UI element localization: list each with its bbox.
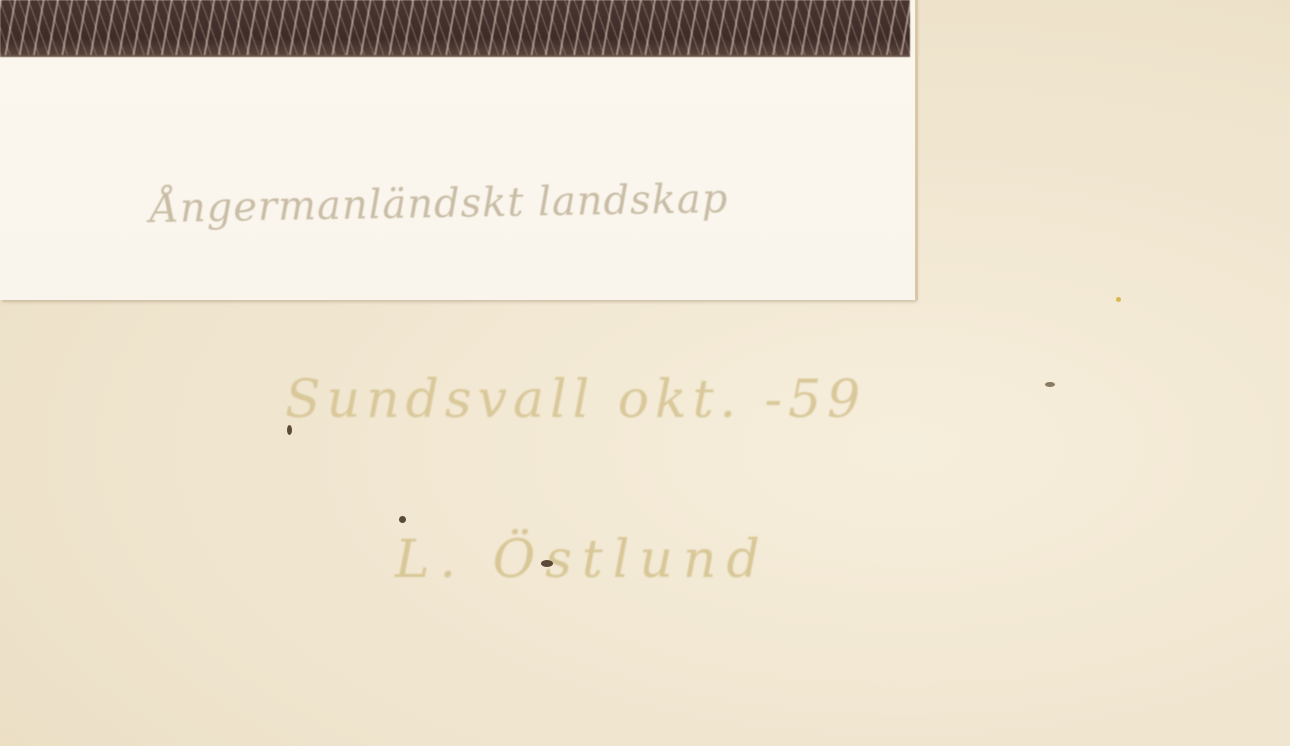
ink-speck: [287, 425, 292, 435]
ink-speck: [1116, 297, 1121, 302]
ink-speck: [541, 560, 553, 567]
ink-speck: [1045, 382, 1055, 387]
artist-signature: L. Östlund: [395, 530, 1015, 590]
ink-speck: [399, 516, 406, 523]
woodcut-image-edge: [0, 0, 910, 57]
place-date-inscription: Sundsvall okt. -59: [285, 370, 1085, 430]
print-sheet: Ångermanländskt landskap: [0, 0, 915, 300]
print-title-inscription: Ångermanländskt landskap: [150, 174, 851, 232]
